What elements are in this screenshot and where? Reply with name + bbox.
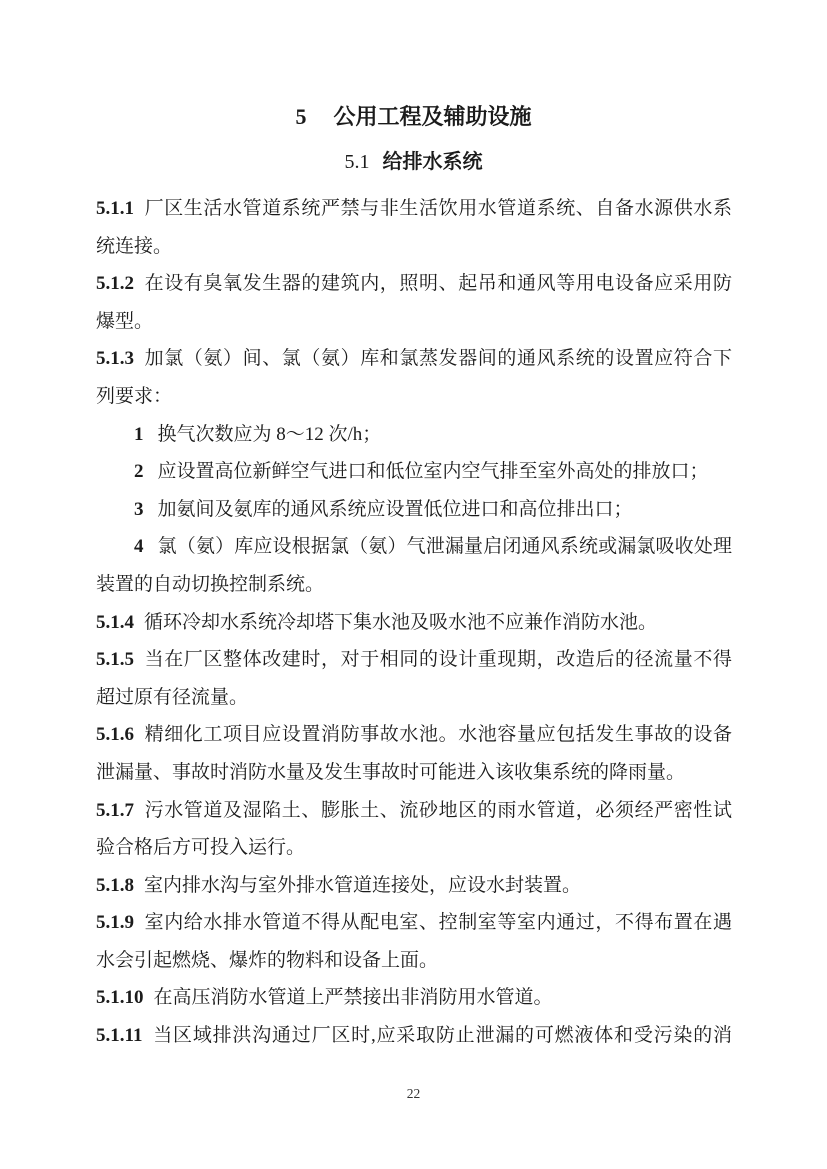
clause-line: 5.1.8室内排水沟与室外排水管道连接处，应设水封装置。 bbox=[96, 867, 732, 905]
page-number: 22 bbox=[0, 1086, 827, 1102]
list-item-text: 换气次数应为 8～12 次/h； bbox=[158, 424, 382, 445]
clause-text: 当在厂区整体改建时，对于相同的设计重现期，改造后的径流量不得 bbox=[144, 649, 732, 670]
clause-text: 厂区生活水管道系统严禁与非生活饮用水管道系统、自备水源供水系 bbox=[144, 198, 732, 219]
chapter-heading: 5公用工程及辅助设施 bbox=[0, 104, 827, 130]
clause-line: 5.1.7污水管道及湿陷土、膨胀土、流砂地区的雨水管道，必须经严密性试 bbox=[96, 792, 732, 830]
body-text: 5.1.1厂区生活水管道系统严禁与非生活饮用水管道系统、自备水源供水系 统连接。… bbox=[96, 190, 732, 1055]
clause-text: 泄漏量、事故时消防水量及发生事故时可能进入该收集系统的降雨量。 bbox=[96, 762, 685, 783]
clause-number: 5.1.10 bbox=[96, 987, 144, 1008]
clause-line: 5.1.4循环冷却水系统冷却塔下集水池及吸水池不应兼作消防水池。 bbox=[96, 604, 732, 642]
clause-text: 装置的自动切换控制系统。 bbox=[96, 574, 324, 595]
clause-text: 污水管道及湿陷土、膨胀土、流砂地区的雨水管道，必须经严密性试 bbox=[144, 800, 732, 821]
clause-line: 5.1.10在高压消防水管道上严禁接出非消防用水管道。 bbox=[96, 979, 732, 1017]
list-item-text: 加氨间及氨库的通风系统应设置低位进口和高位排出口； bbox=[158, 499, 633, 520]
clause-number: 5.1.1 bbox=[96, 198, 134, 219]
list-item-number: 3 bbox=[134, 499, 144, 520]
clause-line: 5.1.1厂区生活水管道系统严禁与非生活饮用水管道系统、自备水源供水系 bbox=[96, 190, 732, 228]
list-item-number: 4 bbox=[134, 536, 144, 557]
list-item-text: 应设置高位新鲜空气进口和低位室内空气排至室外高处的排放口； bbox=[158, 461, 709, 482]
clause-line: 5.1.3加氯（氨）间、氯（氨）库和氯蒸发器间的通风系统的设置应符合下 bbox=[96, 340, 732, 378]
list-item-line: 1换气次数应为 8～12 次/h； bbox=[96, 416, 732, 454]
continuation-line: 爆型。 bbox=[96, 303, 732, 341]
list-item-line: 4氯（氨）库应设根据氯（氨）气泄漏量启闭通风系统或漏氯吸收处理 bbox=[96, 528, 732, 566]
clause-line: 5.1.6精细化工项目应设置消防事故水池。水池容量应包括发生事故的设备 bbox=[96, 716, 732, 754]
clause-text: 室内给水排水管道不得从配电室、控制室等室内通过，不得布置在遇 bbox=[144, 912, 732, 933]
list-item-line: 2应设置高位新鲜空气进口和低位室内空气排至室外高处的排放口； bbox=[96, 453, 732, 491]
continuation-line: 列要求： bbox=[96, 378, 732, 416]
clause-number: 5.1.8 bbox=[96, 875, 134, 896]
continuation-line: 验合格后方可投入运行。 bbox=[96, 829, 732, 867]
clause-text: 精细化工项目应设置消防事故水池。水池容量应包括发生事故的设备 bbox=[144, 724, 732, 745]
continuation-line: 水会引起燃烧、爆炸的物料和设备上面。 bbox=[96, 942, 732, 980]
clause-text: 统连接。 bbox=[96, 236, 172, 257]
continuation-line: 超过原有径流量。 bbox=[96, 679, 732, 717]
clause-text: 加氯（氨）间、氯（氨）库和氯蒸发器间的通风系统的设置应符合下 bbox=[144, 348, 732, 369]
clause-number: 5.1.7 bbox=[96, 800, 134, 821]
clause-line: 5.1.11当区域排洪沟通过厂区时,应采取防止泄漏的可燃液体和受污染的消 bbox=[96, 1017, 732, 1055]
clause-number: 5.1.2 bbox=[96, 273, 134, 294]
clause-number: 5.1.6 bbox=[96, 724, 134, 745]
continuation-line: 统连接。 bbox=[96, 228, 732, 266]
clause-text: 验合格后方可投入运行。 bbox=[96, 837, 305, 858]
list-item-text: 氯（氨）库应设根据氯（氨）气泄漏量启闭通风系统或漏氯吸收处理 bbox=[158, 536, 733, 557]
clause-text: 爆型。 bbox=[96, 311, 153, 332]
clause-line: 5.1.9室内给水排水管道不得从配电室、控制室等室内通过，不得布置在遇 bbox=[96, 904, 732, 942]
clause-text: 在设有臭氧发生器的建筑内，照明、起吊和通风等用电设备应采用防 bbox=[144, 273, 732, 294]
clause-text: 列要求： bbox=[96, 386, 172, 407]
clause-text: 超过原有径流量。 bbox=[96, 687, 248, 708]
chapter-title: 公用工程及辅助设施 bbox=[333, 104, 531, 129]
clause-line: 5.1.2在设有臭氧发生器的建筑内，照明、起吊和通风等用电设备应采用防 bbox=[96, 265, 732, 303]
chapter-number: 5 bbox=[295, 104, 306, 129]
clause-number: 5.1.11 bbox=[96, 1025, 142, 1046]
clause-number: 5.1.3 bbox=[96, 348, 134, 369]
clause-text: 循环冷却水系统冷却塔下集水池及吸水池不应兼作消防水池。 bbox=[144, 612, 657, 633]
continuation-line: 泄漏量、事故时消防水量及发生事故时可能进入该收集系统的降雨量。 bbox=[96, 754, 732, 792]
clause-text: 室内排水沟与室外排水管道连接处，应设水封装置。 bbox=[144, 875, 581, 896]
document-page: 5公用工程及辅助设施 5.1给排水系统 5.1.1厂区生活水管道系统严禁与非生活… bbox=[0, 0, 827, 1169]
continuation-line: 装置的自动切换控制系统。 bbox=[96, 566, 732, 604]
section-heading: 5.1给排水系统 bbox=[0, 150, 827, 174]
clause-number: 5.1.9 bbox=[96, 912, 134, 933]
section-title: 给排水系统 bbox=[383, 151, 483, 173]
clause-number: 5.1.4 bbox=[96, 612, 134, 633]
section-number: 5.1 bbox=[345, 151, 370, 173]
list-item-number: 1 bbox=[134, 424, 144, 445]
clause-text: 水会引起燃烧、爆炸的物料和设备上面。 bbox=[96, 950, 438, 971]
clause-line: 5.1.5当在厂区整体改建时，对于相同的设计重现期，改造后的径流量不得 bbox=[96, 641, 732, 679]
clause-number: 5.1.5 bbox=[96, 649, 134, 670]
list-item-number: 2 bbox=[134, 461, 144, 482]
list-item-line: 3加氨间及氨库的通风系统应设置低位进口和高位排出口； bbox=[96, 491, 732, 529]
clause-text: 在高压消防水管道上严禁接出非消防用水管道。 bbox=[154, 987, 553, 1008]
clause-text: 当区域排洪沟通过厂区时,应采取防止泄漏的可燃液体和受污染的消 bbox=[152, 1025, 732, 1046]
